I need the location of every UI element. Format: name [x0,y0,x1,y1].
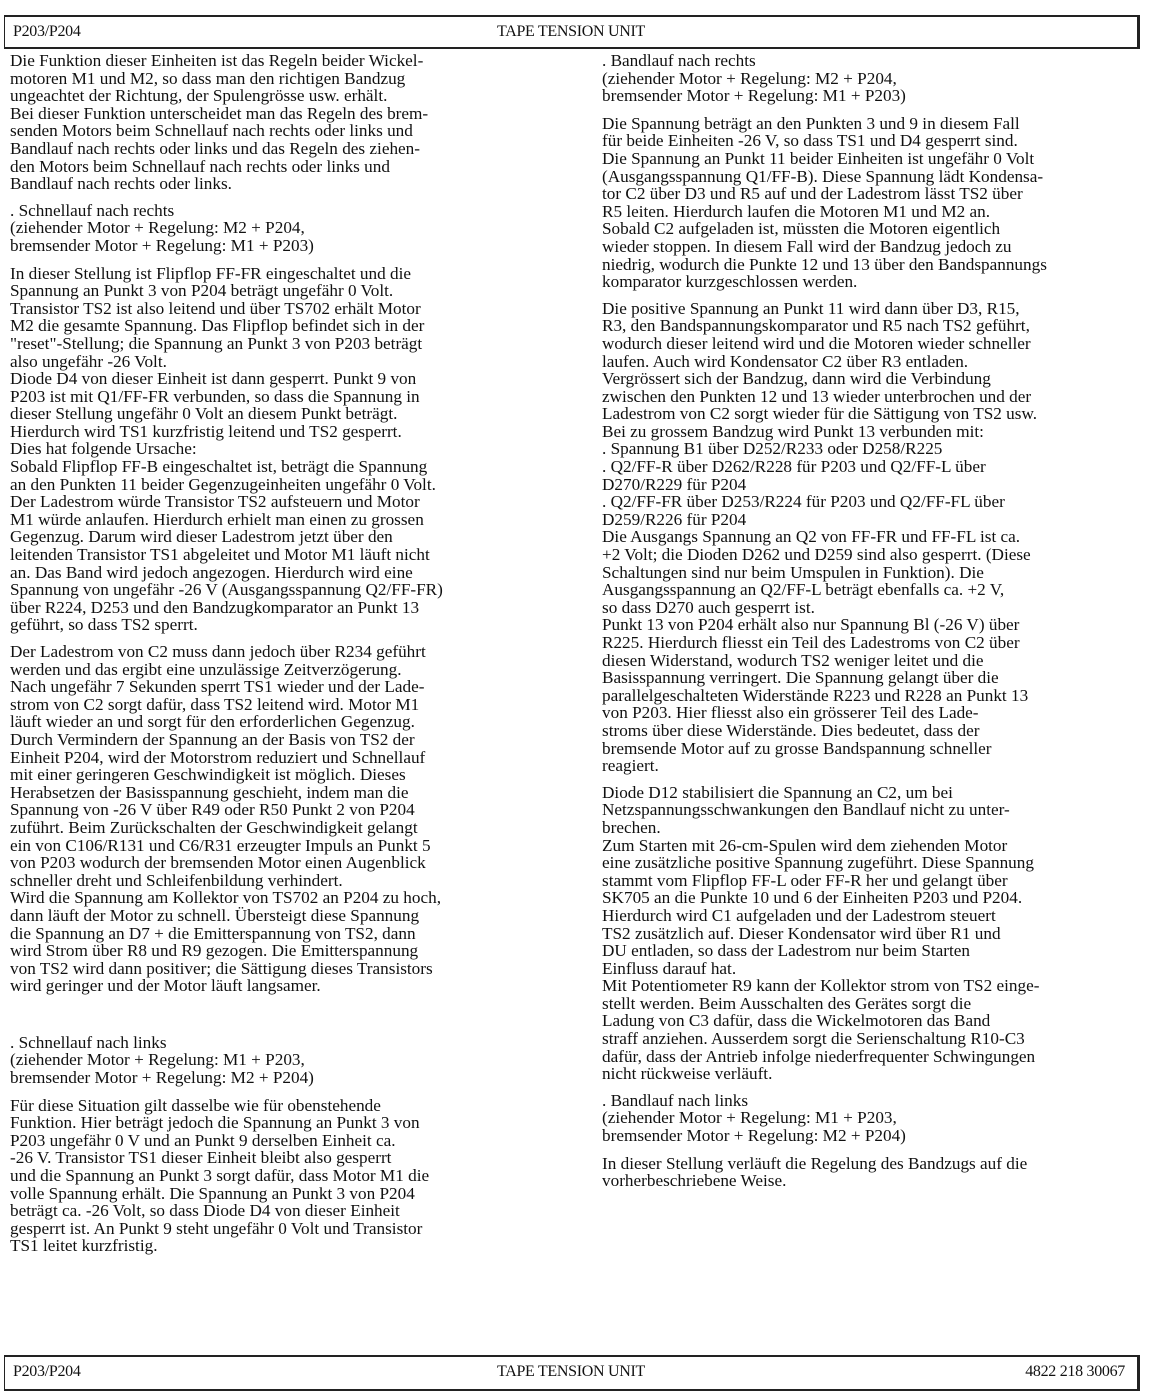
intro-paragraph: Die Funktion dieser Einheiten ist das Re… [10,52,570,193]
paragraph: Die positive Spannung an Punkt 11 wird d… [602,300,1152,775]
footer-part-number: 4822 218 30067 [1025,1363,1125,1381]
section-heading-schnellauf-links: . Schnellauf nach links (ziehender Motor… [10,1034,570,1087]
paragraph: Diode D12 stabilisiert die Spannung an C… [602,784,1152,1083]
left-column: Die Funktion dieser Einheiten ist das Re… [10,52,570,1264]
section-heading-schnellauf-rechts: . Schnellauf nach rechts (ziehender Moto… [10,202,570,255]
section-heading-bandlauf-rechts: . Bandlauf nach rechts (ziehender Motor … [602,52,1152,105]
right-column: . Bandlauf nach rechts (ziehender Motor … [602,52,1152,1199]
paragraph: Für diese Situation gilt dasselbe wie fü… [10,1097,570,1255]
header-title: TAPE TENSION UNIT [5,23,1137,41]
paragraph: In dieser Stellung ist Flipflop FF-FR ei… [10,265,570,634]
footer-title: TAPE TENSION UNIT [5,1363,1137,1381]
paragraph: Die Spannung beträgt an den Punkten 3 un… [602,115,1152,291]
paragraph: In dieser Stellung verläuft die Regelung… [602,1155,1152,1190]
paragraph: Der Ladestrom von C2 muss dann jedoch üb… [10,643,570,995]
page-header: P203/P204 TAPE TENSION UNIT [4,15,1140,49]
section-heading-bandlauf-links: . Bandlauf nach links (ziehender Motor +… [602,1092,1152,1145]
page-footer: P203/P204 TAPE TENSION UNIT 4822 218 300… [4,1355,1140,1391]
